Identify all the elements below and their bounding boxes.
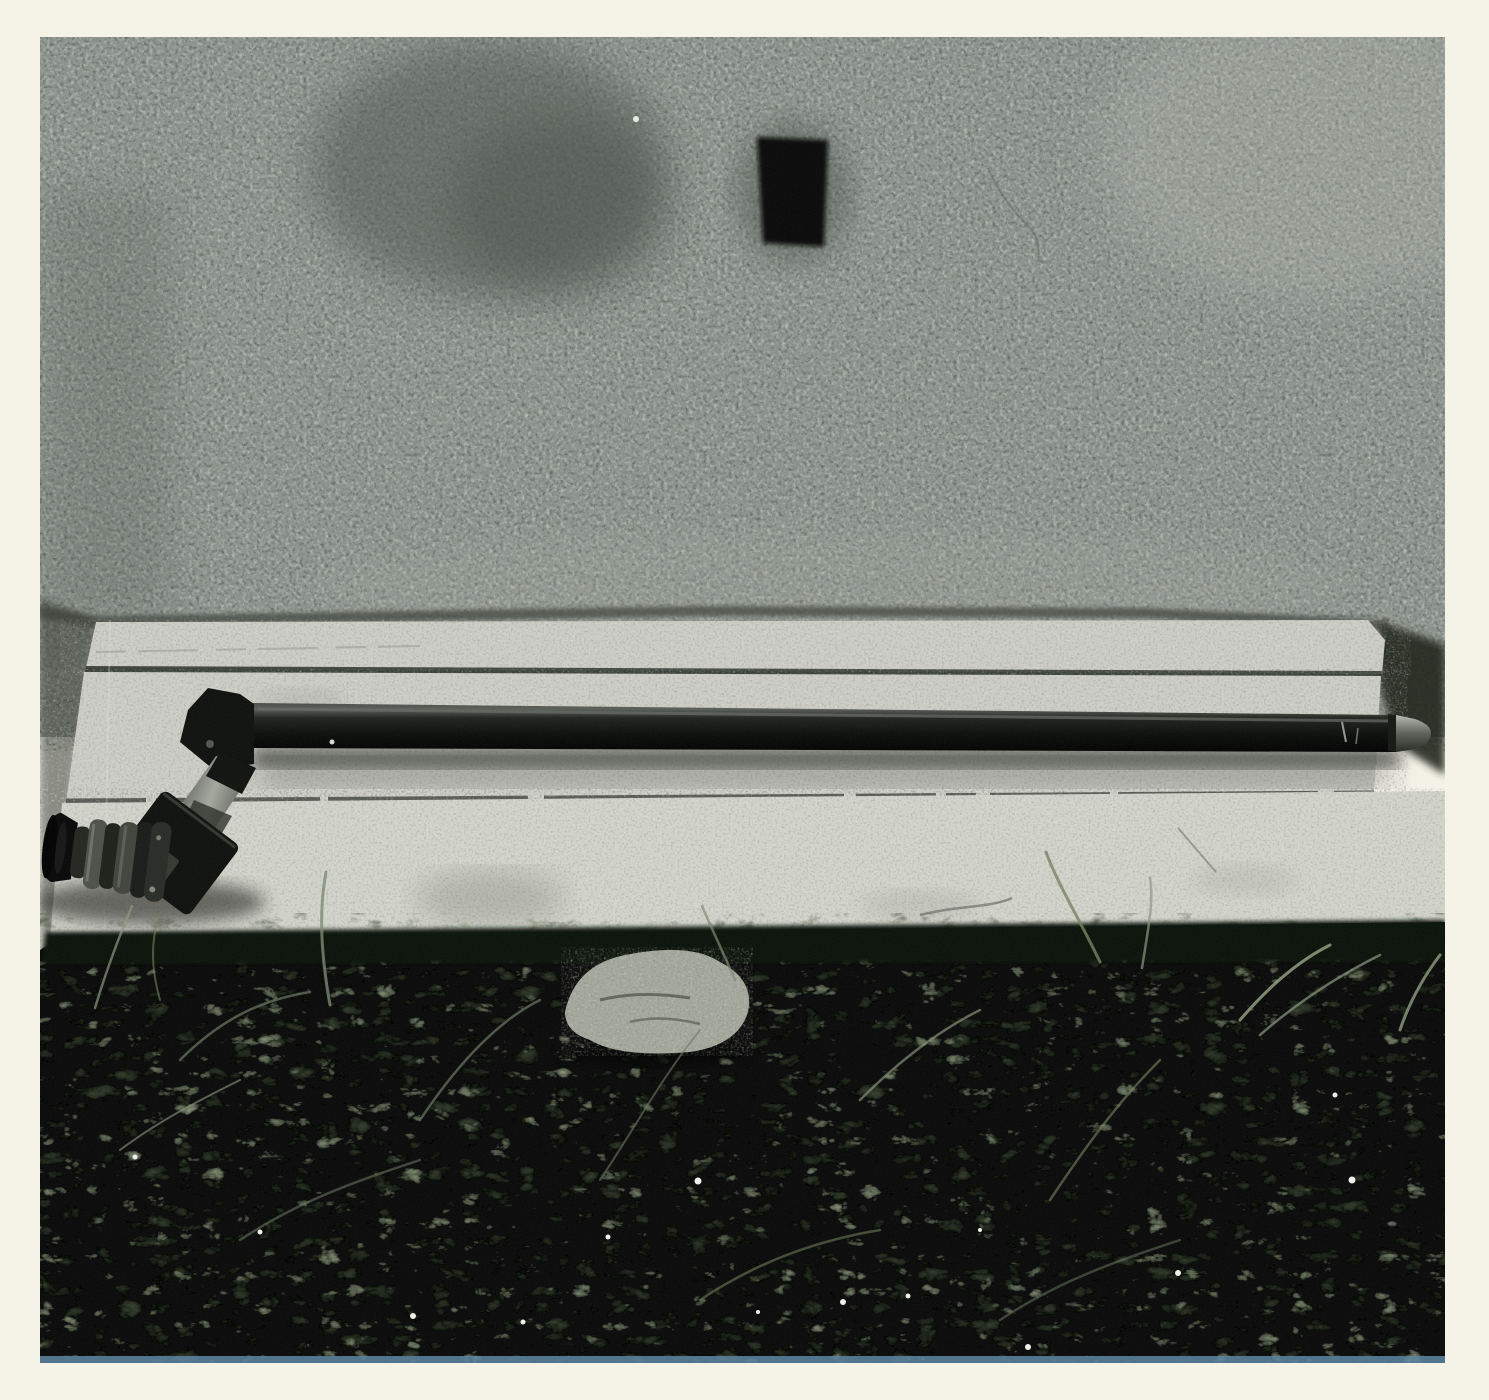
- plank-smudge: [860, 890, 980, 920]
- wall-speck: [633, 116, 639, 122]
- flower-speck: [521, 1320, 526, 1325]
- wall-stain-core: [450, 115, 670, 295]
- wall-vent-hole: [757, 137, 828, 247]
- flower-speck: [978, 1228, 982, 1232]
- flower-speck: [840, 1299, 846, 1305]
- wall-dark-left: [40, 190, 170, 620]
- flower-speck: [695, 1178, 702, 1185]
- photo-edge-line: [40, 1356, 1445, 1363]
- plank-smudge: [415, 870, 565, 926]
- flower-speck: [1349, 1177, 1356, 1184]
- photo-print: [0, 0, 1489, 1400]
- tube-tip-ring: [1388, 714, 1397, 752]
- flower-speck: [1333, 1093, 1338, 1098]
- flower-speck: [1025, 1344, 1031, 1350]
- elbow-wear-mark: [206, 740, 214, 748]
- tube-speck: [330, 740, 335, 745]
- photo-canvas: [0, 0, 1489, 1400]
- flower-speck: [756, 1310, 760, 1314]
- flower-speck: [410, 1313, 416, 1319]
- flower-speck: [1175, 1270, 1181, 1276]
- tube-shadow-soft: [262, 758, 1390, 786]
- flower-speck: [133, 1155, 138, 1160]
- plank-smudge: [1193, 864, 1297, 896]
- flower-speck: [606, 1235, 611, 1240]
- bench-plank-top: [86, 620, 1385, 674]
- flower-speck: [906, 1294, 911, 1299]
- flower-speck: [258, 1230, 263, 1235]
- photo-image: [35, 0, 1489, 1363]
